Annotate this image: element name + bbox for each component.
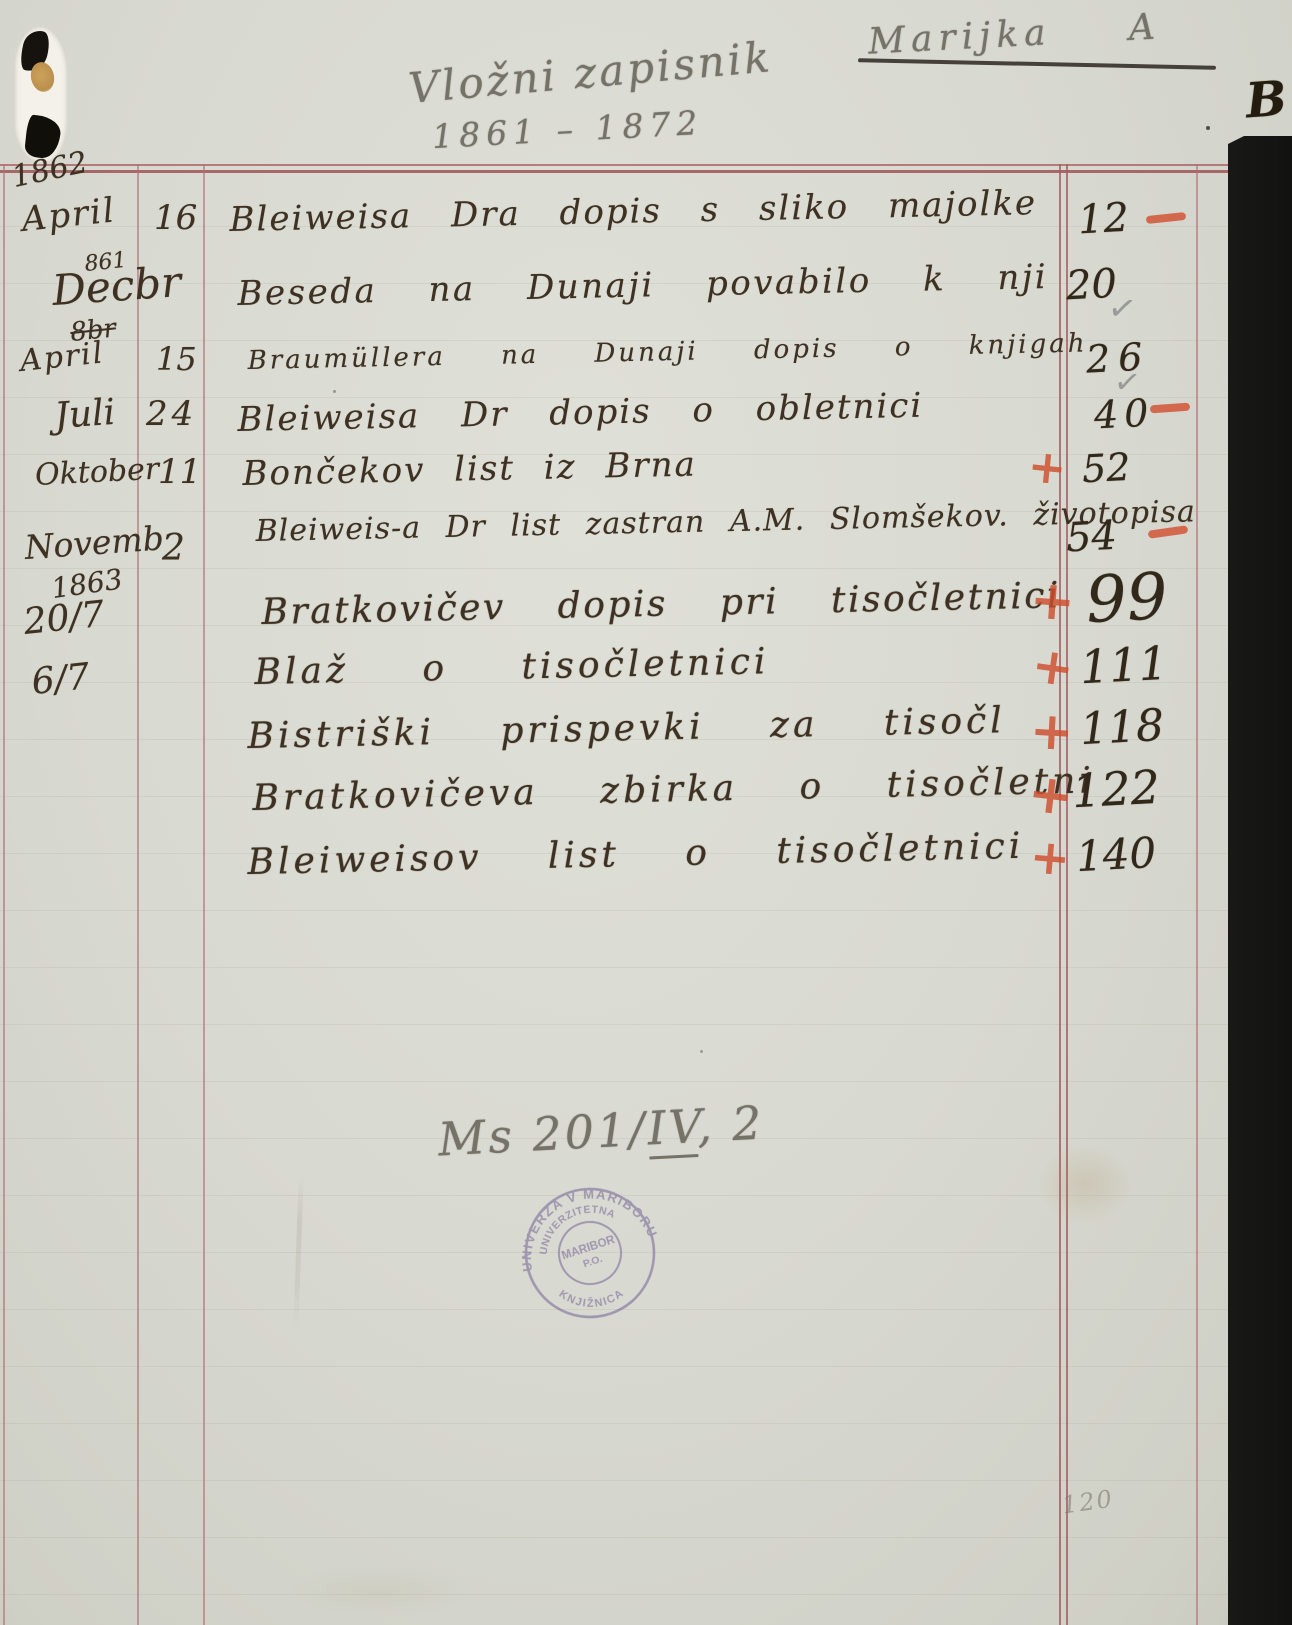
date-divider-rule (137, 164, 139, 1625)
register-entry: Beseda na Dunaji povabilo k nji (237, 257, 1048, 314)
date-day: 16 (154, 198, 197, 238)
folio-number: 54 (1065, 513, 1118, 562)
date-year-top: 1862 (9, 145, 91, 195)
register-entry: Braumüllera na Dunaji dopis o knjigah (247, 328, 1087, 376)
folio-number: 140 (1075, 828, 1158, 881)
faint-pencil-number: 120 (1060, 1485, 1115, 1520)
folio-number: 118 (1079, 700, 1166, 755)
date-fraction: 6/7 (30, 656, 92, 703)
register-entry: Bleiweisov list o tisočletnici (247, 826, 1025, 883)
folio-number: 99 (1084, 560, 1169, 638)
red-plus-mark (1025, 765, 1076, 824)
folio-number: 122 (1071, 760, 1162, 819)
date-month: Juli (53, 392, 116, 437)
date-day: 2 (162, 528, 185, 569)
pencil-checkmark (1105, 290, 1139, 328)
pencil-streak (293, 1176, 303, 1328)
scanned-register-page: Vložni zapisnik 1861 – 1872 Marijka A B … (0, 0, 1292, 1625)
folio-number: 12 (1077, 195, 1130, 244)
red-dash-mark (1146, 212, 1187, 224)
paper-stain (250, 1556, 510, 1625)
stamp-ring-bottom-text: KNJIŽNICA (554, 1270, 628, 1321)
date-month: April (18, 335, 106, 379)
register-entry: Bleiweisa Dr dopis o obletnici (237, 386, 923, 440)
shelfmark-suffix: , 2 (695, 1095, 765, 1152)
red-plus-mark (1029, 639, 1077, 694)
archive-stamp: UNIVERZA V MARIBORU UNIVERZITETNA KNJIŽN… (483, 1146, 697, 1360)
ink-speck (333, 390, 336, 393)
date-day: 15 (156, 340, 197, 378)
pencil-annotation: Marijka A (867, 6, 1162, 62)
register-entry: Bistriški prispevki za tisočl (247, 700, 1006, 757)
date-month: Oktober (34, 452, 160, 493)
register-entry: Bleiweis-a Dr list zastran A.M. Slomšeko… (255, 494, 1196, 549)
register-entry: Blaž o tisočletnici (254, 641, 770, 693)
day-divider-rule (203, 164, 205, 1625)
pencil-checkmark (1112, 364, 1143, 399)
faint-ruled-lines (0, 226, 1228, 1625)
pencil-shelfmark: Ms 201/IV, 2 (437, 1095, 766, 1166)
red-plus-mark (1026, 442, 1069, 492)
date-month: Decbr (51, 257, 183, 315)
register-entry: Bratkovičev dopis pri tisočletnici (261, 575, 1061, 633)
register-entry: Bončekov list iz Brna (242, 444, 697, 494)
right-margin-rule (1196, 164, 1198, 1625)
folio-number: 52 (1081, 445, 1132, 491)
date-month: April (20, 190, 118, 240)
annotation-underline (858, 58, 1216, 69)
red-plus-mark (1028, 832, 1072, 883)
red-plus-mark (1029, 705, 1075, 759)
corner-letter: B (1244, 71, 1288, 130)
number-column-rule-2 (1066, 164, 1068, 1625)
register-entry: Bleiweisa Dra dopis s sliko majolke (229, 183, 1037, 240)
black-scan-edge (1228, 136, 1292, 1625)
folio-number: 111 (1079, 636, 1170, 695)
svg-text:KNJIŽNICA: KNJIŽNICA (554, 1270, 628, 1321)
pencil-title: Vložni zapisnik (407, 32, 775, 113)
top-rule-thin (0, 164, 1230, 166)
ink-speck (700, 1050, 703, 1053)
date-month: Novemb (23, 518, 165, 567)
fingerprint-smudge (1018, 1128, 1152, 1240)
pencil-years: 1861 – 1872 (431, 103, 704, 156)
date-day: 24 (146, 394, 197, 434)
register-entry: Bratkovičeva zbirka o tisočletni (252, 760, 1095, 819)
date-day: 11 (158, 452, 201, 492)
shelfmark-roman-numeral: IV (646, 1099, 698, 1160)
number-column-rule-1 (1059, 164, 1061, 1625)
red-plus-mark (1028, 572, 1077, 629)
left-edge-rule (3, 164, 5, 1625)
top-rule-thick (0, 170, 1230, 173)
date-fraction: 20/7 (22, 594, 107, 643)
ink-speck (1206, 126, 1210, 130)
red-dash-mark (1150, 403, 1190, 414)
